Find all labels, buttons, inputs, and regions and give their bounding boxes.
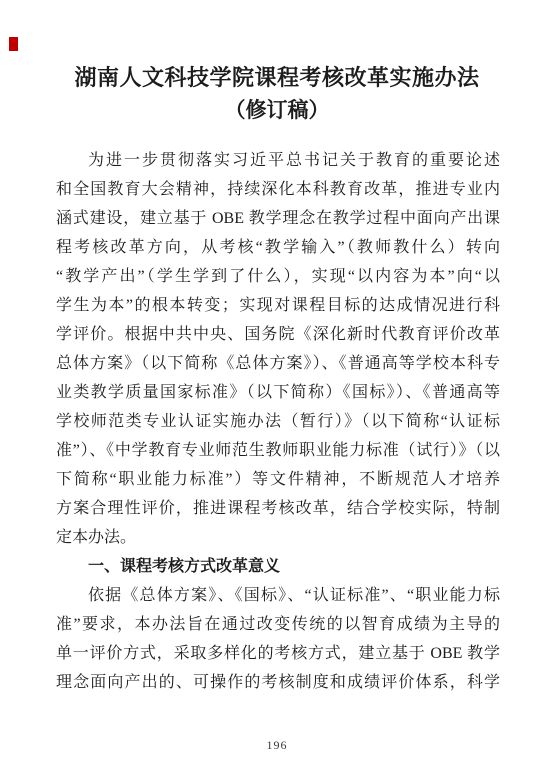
body-line: 方案合理性评价，推进课程考核改革，结合学校实际，特制 [56,494,500,523]
document-title: 湖南人文科技学院课程考核改革实施办法 [0,62,554,94]
body-line: 理念面向产出的、可操作的考核制度和成绩评价体系，科学 [56,668,500,697]
page-number: 196 [0,738,554,753]
body-line: 单一评价方式，采取多样化的考核方式，建立基于 OBE 教学 [56,639,500,668]
body-line: 定本办法。 [56,523,500,552]
body-line: 依据《总体方案》、《国标》、“认证标准”、“职业能力标 [56,581,500,610]
body-line: “教学产出”（学生学到了什么），实现“以内容为本”向“以 [56,262,500,291]
document-subtitle: （修订稿） [0,95,554,125]
body-line: 程考核改革方向，从考核“教学输入”（教师教什么）转向 [56,233,500,262]
body-line: 涵式建设，建立基于 OBE 教学理念在教学过程中面向产出课 [56,204,500,233]
body-line: 业类教学质量国家标准》（以下简称）《国标》）、《普通高等 [56,378,500,407]
body-line: 学校师范类专业认证实施办法（暂行）》（以下简称“认证标 [56,407,500,436]
body-line: 和全国教育大会精神，持续深化本科教育改革，推进专业内 [56,175,500,204]
body-line: 学评价。根据中共中央、国务院《深化新时代教育评价改革 [56,320,500,349]
document-page: 湖南人文科技学院课程考核改革实施办法 （修订稿） 为进一步贯彻落实习近平总书记关… [0,0,554,783]
section-heading: 一、课程考核方式改革意义 [56,552,500,581]
body-line: 准”要求，本办法旨在通过改变传统的以智育成绩为主导的 [56,610,500,639]
body-line: 下简称“职业能力标准”）等文件精神，不断规范人才培养 [56,465,500,494]
body-line: 准”）、《中学教育专业师范生教师职业能力标准（试行）》（以 [56,436,500,465]
body-line: 为进一步贯彻落实习近平总书记关于教育的重要论述 [56,146,500,175]
body-line: 总体方案》（以下简称《总体方案》）、《普通高等学校本科专 [56,349,500,378]
body-line: 学生为本”的根本转变；实现对课程目标的达成情况进行科 [56,291,500,320]
document-body: 为进一步贯彻落实习近平总书记关于教育的重要论述 和全国教育大会精神，持续深化本科… [56,146,500,697]
red-annotation-mark [9,37,18,51]
